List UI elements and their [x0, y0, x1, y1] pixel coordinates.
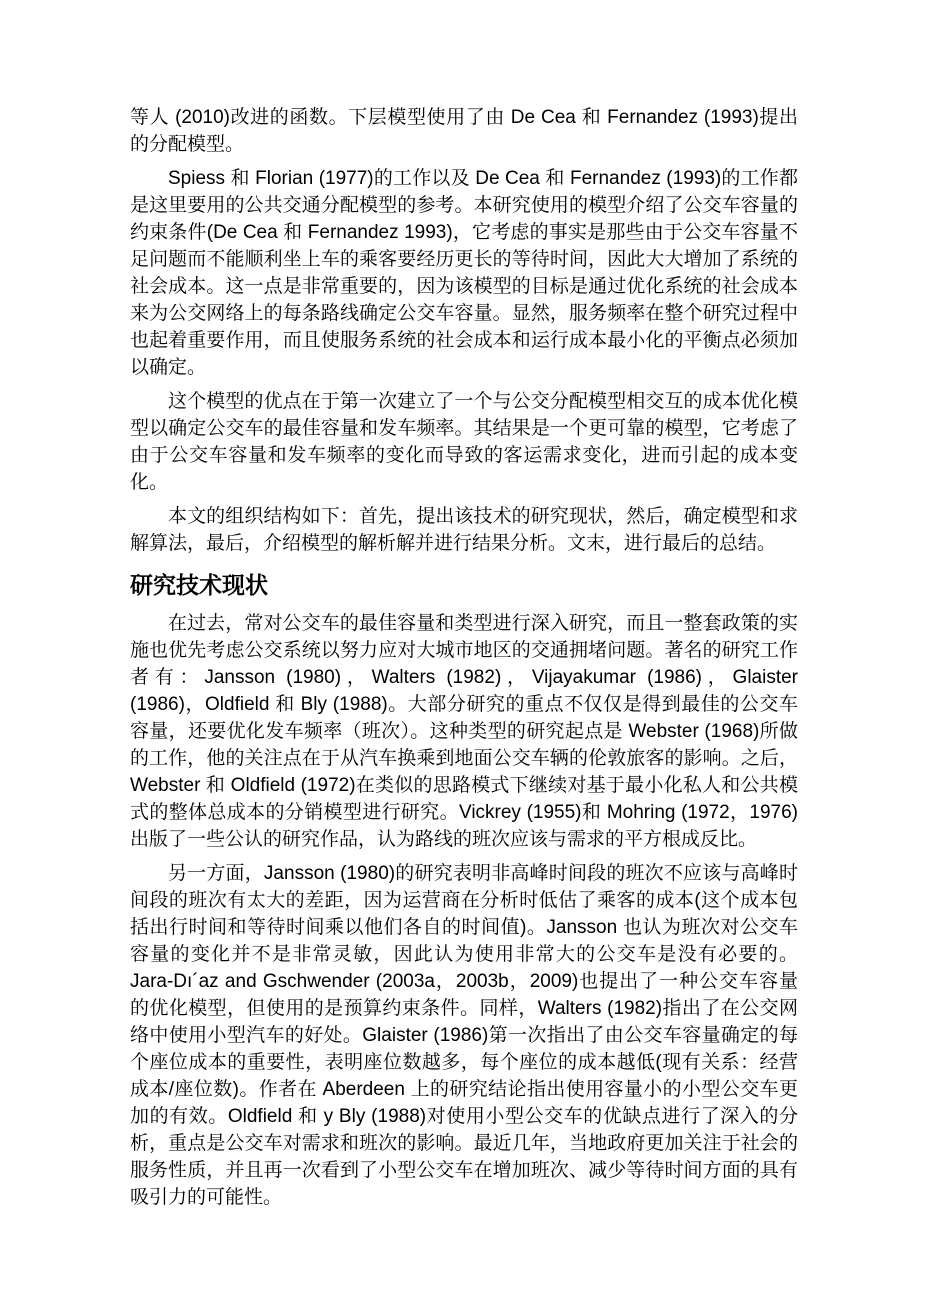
document-page: 等人 (2010)改进的函数。下层模型使用了由 De Cea 和 Fernand…: [0, 0, 926, 1309]
paragraph: 这个模型的优点在于第一次建立了一个与公交分配模型相交互的成本优化模型以确定公交车…: [130, 388, 798, 496]
paragraph: 在过去，常对公交车的最佳容量和类型进行深入研究，而且一整套政策的实施也优先考虑公…: [130, 610, 798, 853]
paragraph: 本文的组织结构如下：首先，提出该技术的研究现状，然后，确定模型和求解算法，最后，…: [130, 503, 798, 557]
paragraph: Spiess 和 Florian (1977)的工作以及 De Cea 和 Fe…: [130, 165, 798, 381]
section-heading: 研究技术现状: [130, 570, 798, 601]
paragraph: 另一方面，Jansson (1980)的研究表明非高峰时间段的班次不应该与高峰时…: [130, 860, 798, 1211]
paragraph-continuation: 等人 (2010)改进的函数。下层模型使用了由 De Cea 和 Fernand…: [130, 104, 798, 158]
